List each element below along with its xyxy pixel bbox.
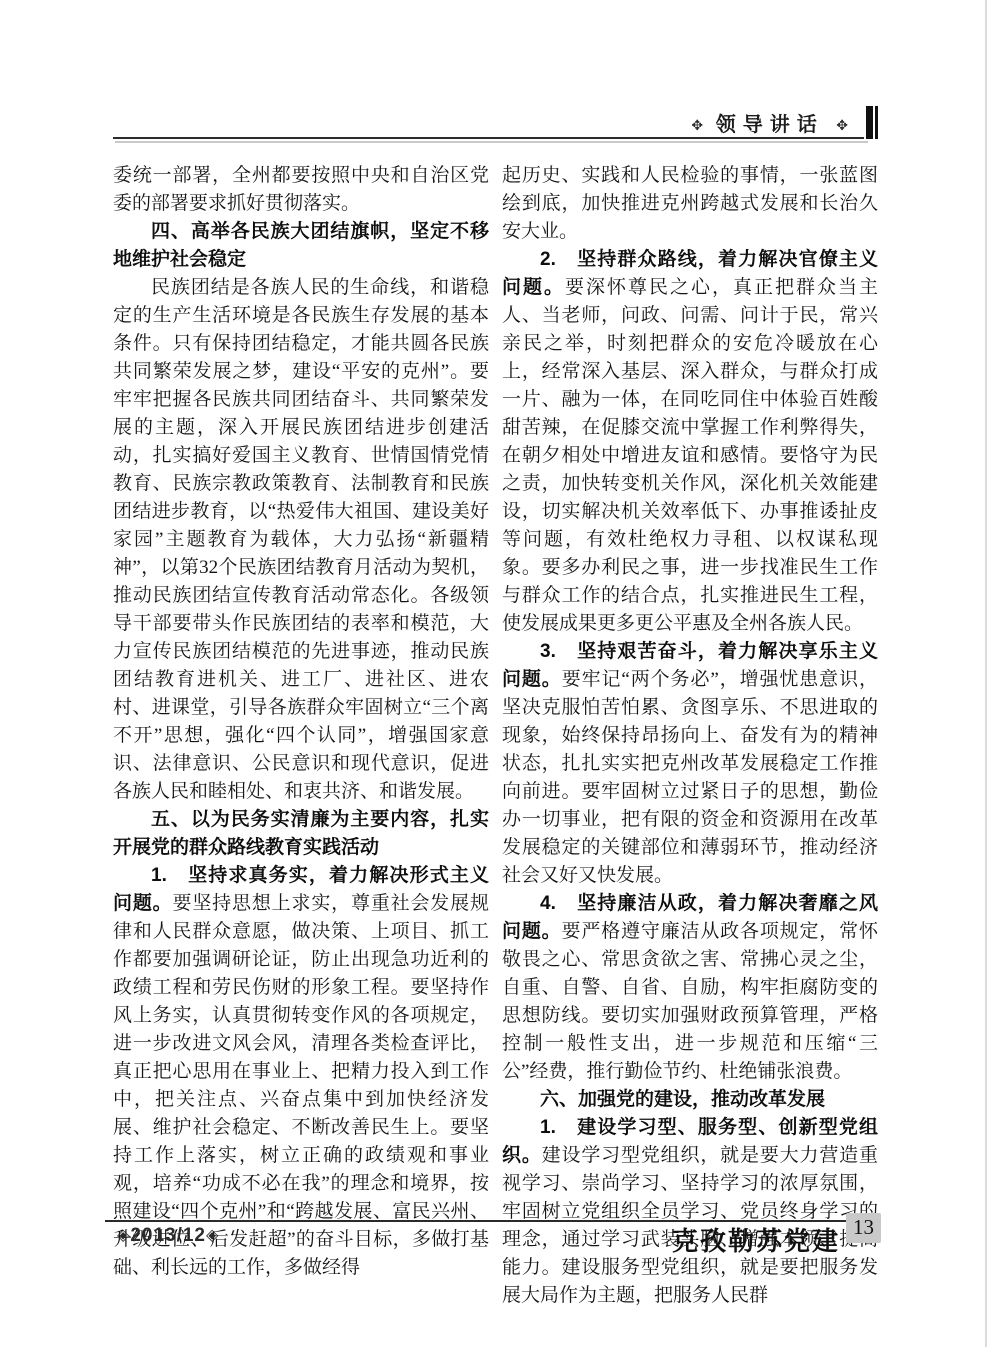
article-body: 委统一部署，全州都要按照中央和自治区党委的部署要求抓好贯彻落实。四、高举各民族大… xyxy=(113,162,879,1310)
paragraph-lead: 1. 坚持求真务实，着力解决形式主义问题。 xyxy=(113,865,489,914)
paragraph: 4. 坚持廉洁从政，着力解决奢靡之风问题。要严格遵守廉洁从政各项规定，常怀敬畏之… xyxy=(502,890,878,1086)
header-rule xyxy=(113,137,864,139)
page-header: ✥ 领导讲话 ✥ xyxy=(113,104,878,144)
footer-issue-text: 2013/12 xyxy=(130,1225,206,1246)
column-left: 委统一部署，全州都要按照中央和自治区党委的部署要求抓好贯彻落实。四、高举各民族大… xyxy=(113,162,489,1310)
section-heading: 六、加强党的建设，推动改革发展 xyxy=(502,1086,878,1114)
paragraph: 1. 建设学习型、服务型、创新型党组织。建设学习型党组织，就是要大力营造重视学习… xyxy=(502,1114,878,1310)
section-heading: 五、以为民务实清廉为主要内容，扎实开展党的群众路线教育实践活动 xyxy=(113,806,489,862)
paragraph: 起历史、实践和人民检验的事情，一张蓝图绘到底，加快推进克州跨越式发展和长治久安大… xyxy=(502,162,878,246)
paragraph: 民族团结是各族人民的生命线，和谐稳定的生产生活环境是各民族生存发展的基本条件。只… xyxy=(113,274,489,806)
footer-issue: ◈2013/12◈ xyxy=(105,1225,219,1247)
footer-journal-title: 克孜勒苏党建 xyxy=(672,1225,840,1257)
magazine-page: ✥ 领导讲话 ✥ 委统一部署，全州都要按照中央和自治区党委的部署要求抓好贯彻落实… xyxy=(0,0,992,1347)
header-end-bars-icon xyxy=(866,106,878,139)
header-title-text: 领导讲话 xyxy=(716,114,824,136)
header-ornament-left-icon: ✥ xyxy=(691,117,703,133)
paragraph: 3. 坚持艰苦奋斗，着力解决享乐主义问题。要牢记“两个务必”，增强忧患意识，坚决… xyxy=(502,638,878,890)
paragraph-lead: 4. 坚持廉洁从政，着力解决奢靡之风问题。 xyxy=(502,893,878,942)
footer-page-number: 13 xyxy=(846,1213,881,1243)
header-title: ✥ 领导讲话 ✥ xyxy=(691,108,848,137)
paragraph-lead: 3. 坚持艰苦奋斗，着力解决享乐主义问题。 xyxy=(502,641,878,690)
paragraph: 1. 坚持求真务实，着力解决形式主义问题。要坚持思想上求实，尊重社会发展规律和人… xyxy=(113,862,489,1282)
paragraph-lead: 2. 坚持群众路线，着力解决官僚主义问题。 xyxy=(502,249,878,298)
column-right: 起历史、实践和人民检验的事情，一张蓝图绘到底，加快推进克州跨越式发展和长治久安大… xyxy=(502,162,878,1310)
footer-ornament-left-icon: ◈ xyxy=(117,1227,130,1244)
page-footer: ◈2013/12◈ 克孜勒苏党建 13 xyxy=(105,1220,881,1257)
paragraph: 委统一部署，全州都要按照中央和自治区党委的部署要求抓好贯彻落实。 xyxy=(113,162,489,218)
footer-rule xyxy=(105,1220,881,1222)
header-ornament-right-icon: ✥ xyxy=(836,117,848,133)
paragraph-lead: 1. 建设学习型、服务型、创新型党组织。 xyxy=(502,1117,878,1166)
footer-ornament-right-icon: ◈ xyxy=(206,1227,219,1244)
paragraph: 2. 坚持群众路线，着力解决官僚主义问题。要深怀尊民之心，真正把群众当主人、当老… xyxy=(502,246,878,638)
header-rule-shadow xyxy=(115,141,868,143)
page-scan-edge xyxy=(985,0,987,1347)
section-heading: 四、高举各民族大团结旗帜，坚定不移地维护社会稳定 xyxy=(113,218,489,274)
